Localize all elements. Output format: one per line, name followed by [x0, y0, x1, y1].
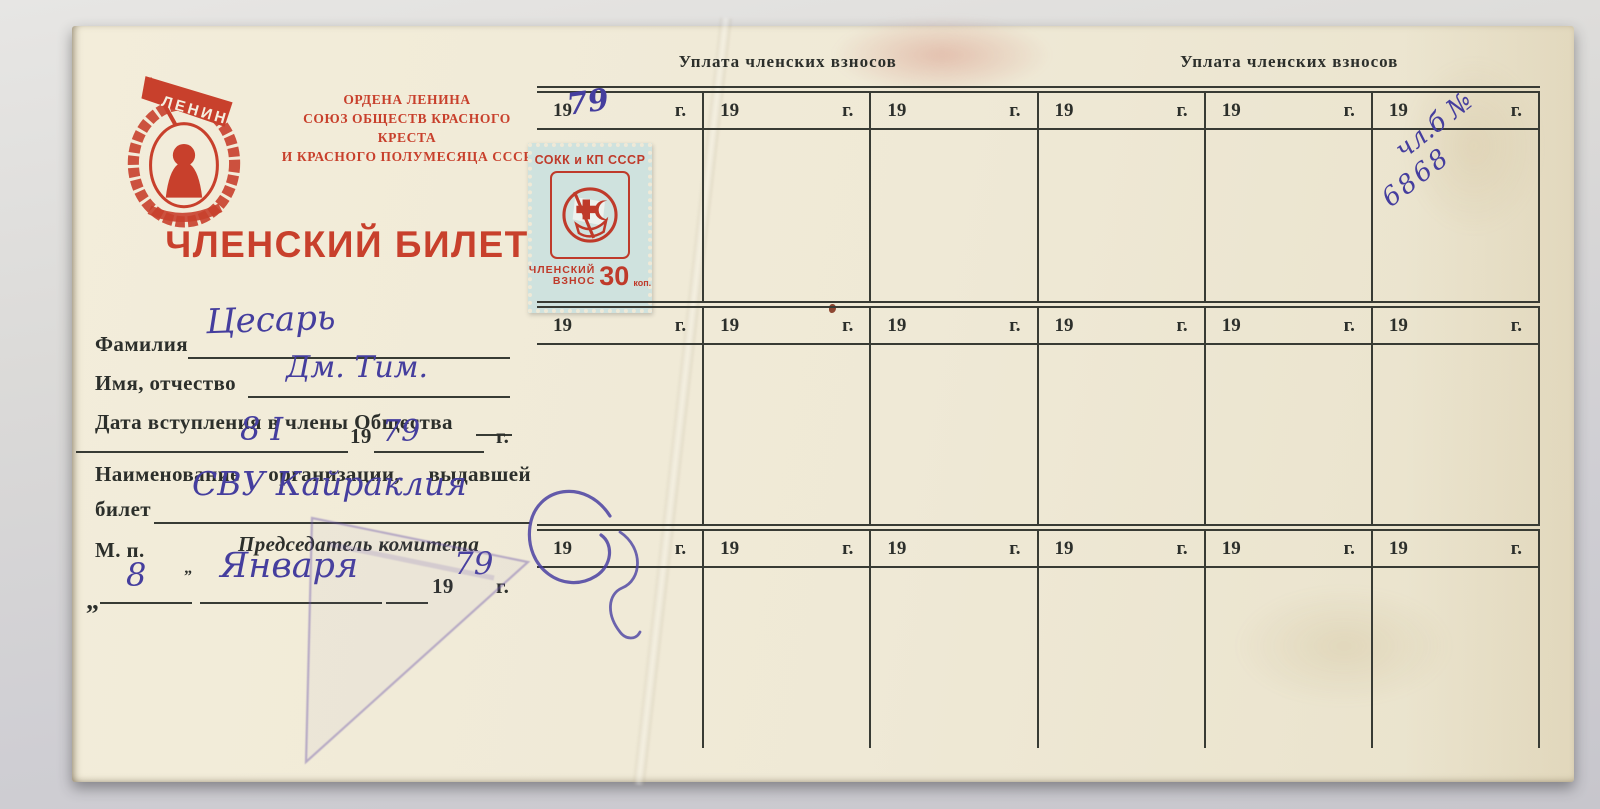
- dues-headings: Уплата членских взносов Уплата членских …: [537, 44, 1540, 86]
- dues-band: 19г.19г.19г.19г.19г.19г.: [537, 301, 1540, 524]
- year-prefix: 19: [887, 100, 906, 122]
- photo-background: ЛЕНИН ОРДЕНА ЛЕНИНА СОЮЗ ОБЩЕСТВ КРАСНОГ…: [0, 0, 1600, 809]
- dues-year-cell: 19г.: [704, 531, 871, 566]
- year-prefix: 19: [553, 315, 572, 337]
- card-title: ЧЛЕНСКИЙ БИЛЕТ: [130, 224, 564, 266]
- dues-empty-cell: [1206, 568, 1373, 748]
- year-suffix: г.: [1176, 315, 1187, 337]
- dues-band: 19г.19г.19г.19г.19г.19г.: [537, 524, 1540, 748]
- year-prefix: 19: [1055, 100, 1074, 122]
- dues-empty-cell: [704, 130, 871, 301]
- year-suffix: г.: [1009, 315, 1020, 337]
- year-suffix: г.: [675, 538, 686, 560]
- year-suffix: г.: [1344, 315, 1355, 337]
- dues-year-cell: 19г.: [871, 93, 1038, 128]
- dues-year-cell: 19г.: [871, 531, 1038, 566]
- year-suffix: г.: [842, 315, 853, 337]
- year-prefix: 19: [1055, 538, 1074, 560]
- year-suffix: г.: [842, 538, 853, 560]
- year-suffix: г.: [1511, 315, 1522, 337]
- society-line: ОРДЕНА ЛЕНИНА: [274, 90, 540, 109]
- dues-year-cell: 19г.: [1206, 93, 1373, 128]
- dues-empty-cell: [704, 345, 871, 524]
- name-value: Дм. Тим.: [286, 350, 428, 385]
- dues-body-row: [537, 345, 1540, 524]
- surname-label: Фамилия: [95, 332, 188, 357]
- dues-empty-cell: [871, 130, 1038, 301]
- dues-empty-cell: [1206, 345, 1373, 524]
- close-quote: ”: [184, 568, 192, 586]
- year-prefix: 19: [887, 538, 906, 560]
- dues-year-cell: 19г.: [1039, 308, 1206, 343]
- year-prefix: 19: [720, 538, 739, 560]
- dues-heading-left: Уплата членских взносов: [537, 44, 1039, 86]
- dues-empty-cell: [537, 130, 704, 301]
- dues-empty-cell: [871, 345, 1038, 524]
- year-prefix: 19: [887, 315, 906, 337]
- underline: [76, 451, 348, 453]
- year-suffix: г.: [1009, 538, 1020, 560]
- join-day-month-value: 8 I: [240, 410, 283, 448]
- underline: [100, 602, 192, 604]
- year-suffix: г.: [1511, 538, 1522, 560]
- dues-empty-cell: [704, 568, 871, 748]
- society-line: И КРАСНОГО ПОЛУМЕСЯЦА СССР: [274, 147, 540, 166]
- name-label: Имя, отчество: [95, 371, 236, 396]
- year-prefix: 19: [1055, 315, 1074, 337]
- dues-header-row: 19г.19г.19г.19г.19г.19г.: [537, 306, 1540, 345]
- year-prefix: 19: [720, 100, 739, 122]
- dues-empty-cell: [871, 568, 1038, 748]
- dues-year-cell: 19г.: [537, 308, 704, 343]
- dues-year-cell: 19г.: [1039, 531, 1206, 566]
- year-suffix: г.: [675, 100, 686, 122]
- dues-body-row: [537, 568, 1540, 748]
- organization-label-2: билет: [95, 497, 151, 522]
- year-prefix: 19: [1222, 100, 1241, 122]
- dues-empty-cell: [1039, 568, 1206, 748]
- dues-year-cell: 19г.: [871, 308, 1038, 343]
- year-prefix: 19: [1389, 100, 1408, 122]
- society-line: СОЮЗ ОБЩЕСТВ КРАСНОГО КРЕСТА: [274, 109, 540, 147]
- dues-empty-cell: [1039, 345, 1206, 524]
- underline: [374, 451, 484, 453]
- dues-empty-cell: [1373, 345, 1540, 524]
- year-prefix: 19: [1389, 315, 1408, 337]
- triangle-stamp-outline: [294, 504, 554, 779]
- dues-year-cell: 19г.: [1373, 308, 1540, 343]
- dues-empty-cell: [1373, 568, 1540, 748]
- underline: [248, 396, 510, 398]
- dues-heading-right: Уплата членских взносов: [1039, 44, 1541, 86]
- year-suffix: г.: [1176, 100, 1187, 122]
- year-prefix: 19: [1222, 538, 1241, 560]
- dues-year-cell: 19г.: [1206, 308, 1373, 343]
- dues-year-cell: 19г.: [704, 93, 871, 128]
- open-quote: „: [86, 586, 99, 616]
- year-prefix: 19: [1389, 538, 1408, 560]
- join-year-prefix: 19: [350, 424, 372, 449]
- order-of-lenin-emblem: ЛЕНИН: [118, 68, 254, 228]
- membership-card: ЛЕНИН ОРДЕНА ЛЕНИНА СОЮЗ ОБЩЕСТВ КРАСНОГ…: [72, 26, 1574, 782]
- year-suffix: г.: [1344, 100, 1355, 122]
- year-suffix: г.: [1511, 100, 1522, 122]
- year-suffix: г.: [675, 315, 686, 337]
- join-year-value: 79: [382, 414, 420, 449]
- dues-year-cell: 19г.: [704, 308, 871, 343]
- dues-year-cell: 19г.: [1206, 531, 1373, 566]
- society-name: ОРДЕНА ЛЕНИНА СОЮЗ ОБЩЕСТВ КРАСНОГО КРЕС…: [274, 90, 540, 166]
- year-suffix: г.: [1009, 100, 1020, 122]
- year-suffix: г.: [842, 100, 853, 122]
- year-suffix: г.: [1344, 538, 1355, 560]
- dues-header-row: 19г.7919г.19г.19г.19г.19г.: [537, 91, 1540, 130]
- organization-value: СВУ Кайраклия: [192, 464, 467, 503]
- surname-value: Цесарь: [205, 298, 336, 342]
- handwritten-year-1979: 79: [565, 82, 611, 122]
- dues-empty-cell: [1206, 130, 1373, 301]
- dues-year-cell: 19г.: [1039, 93, 1206, 128]
- dues-header-row: 19г.19г.19г.19г.19г.19г.: [537, 529, 1540, 568]
- year-prefix: 19: [720, 315, 739, 337]
- issue-day-value: 8: [126, 556, 146, 594]
- dues-year-cell: 19г.79: [537, 93, 704, 128]
- dues-year-cell: 19г.: [1373, 531, 1540, 566]
- year-suffix: г.: [1176, 538, 1187, 560]
- year-prefix: 19: [1222, 315, 1241, 337]
- join-year-suffix: г.: [496, 424, 509, 449]
- dues-empty-cell: [1039, 130, 1206, 301]
